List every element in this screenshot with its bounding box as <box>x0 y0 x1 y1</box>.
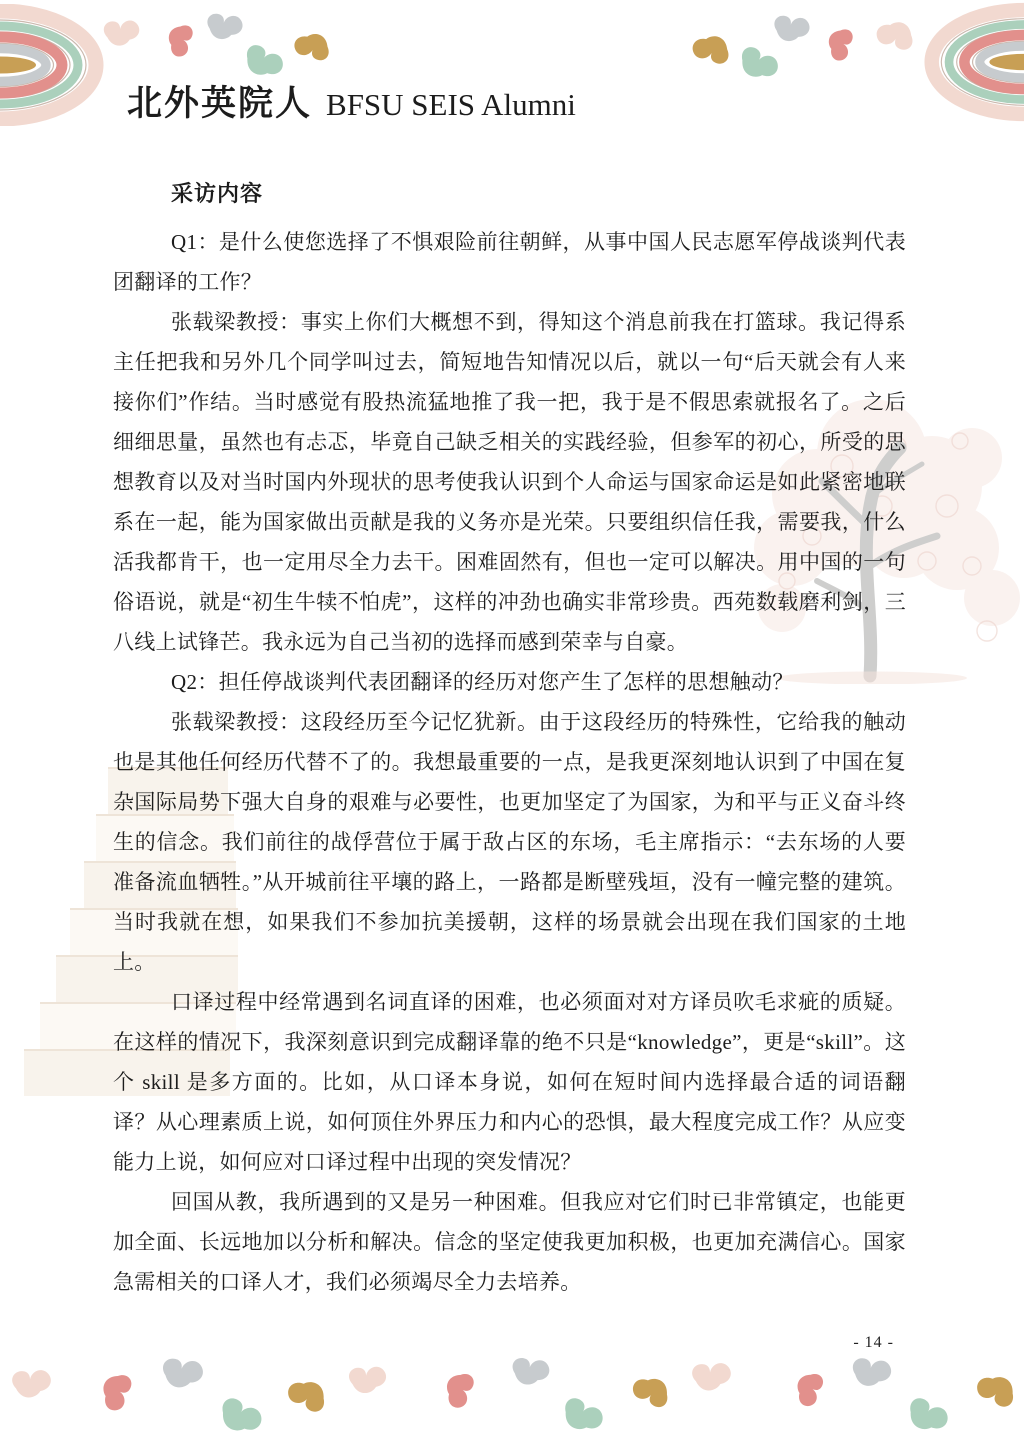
paragraph: 回国从教，我所遇到的又是另一种困难。但我应对它们时已非常镇定，也能更加全面、长远… <box>113 1182 906 1302</box>
leaf-heart-icon <box>201 6 248 46</box>
leaf-heart-icon <box>553 1389 612 1442</box>
leaf-heart-icon <box>686 28 735 70</box>
rainbow-arc-decoration-right <box>924 2 1024 122</box>
leaf-heart-icon <box>162 19 199 62</box>
rainbow-arc-decoration-left <box>0 4 104 126</box>
masthead: 北外英院人 BFSU SEIS Alumni <box>127 76 576 126</box>
magazine-title-english: BFSU SEIS Alumni <box>326 87 576 122</box>
leaf-heart-icon <box>846 1350 897 1394</box>
article-body: Q1：是什么使您选择了不惧艰险前往朝鲜，从事中国人民志愿军停战谈判代表团翻译的工… <box>113 222 906 1302</box>
leaf-heart-icon <box>624 1367 678 1416</box>
leaf-heart-icon <box>210 1389 271 1444</box>
leaf-heart-icon <box>684 1350 741 1401</box>
leaf-heart-icon <box>279 1369 336 1420</box>
leaf-heart-icon <box>437 1365 481 1415</box>
leaf-heart-icon <box>288 26 335 66</box>
leaf-heart-icon <box>506 1350 555 1392</box>
leaf-heart-icon <box>156 1350 209 1396</box>
magazine-title-chinese: 北外英院人 <box>127 84 312 123</box>
section-title: 采访内容 <box>171 181 906 207</box>
leaf-heart-icon <box>788 1366 830 1413</box>
leaf-heart-icon <box>341 1355 395 1404</box>
document-page: 北外英院人 BFSU SEIS Alumni 采访内容 Q1：是什么使您选择了不… <box>0 0 1024 1448</box>
leaf-heart-icon <box>822 23 859 66</box>
leaf-heart-icon <box>898 1389 957 1442</box>
leaf-heart-icon <box>4 1357 61 1408</box>
paragraph: 张载梁教授：这段经历至今记忆犹新。由于这段经历的特殊性，它给我的触动也是其他任何… <box>113 702 906 982</box>
paragraph: 张载梁教授：事实上你们大概想不到，得知这个消息前我在打篮球。我记得系主任把我和另… <box>113 302 906 662</box>
paragraph: Q1：是什么使您选择了不惧艰险前往朝鲜，从事中国人民志愿军停战谈判代表团翻译的工… <box>113 222 906 302</box>
paragraph: Q2：担任停战谈判代表团翻译的经历对您产生了怎样的思想触动？ <box>113 662 906 702</box>
leaf-heart-icon <box>768 8 815 48</box>
leaf-heart-icon <box>93 1366 139 1418</box>
paragraph: 口译过程中经常遇到名词直译的困难，也必须面对对方译员吹毛求疵的质疑。在这样的情况… <box>113 982 906 1182</box>
page-number: - 14 - <box>853 1334 894 1352</box>
leaf-heart-icon <box>870 14 919 56</box>
leaf-heart-icon <box>968 1364 1024 1415</box>
article: 采访内容 Q1：是什么使您选择了不惧艰险前往朝鲜，从事中国人民志愿军停战谈判代表… <box>113 181 906 1302</box>
